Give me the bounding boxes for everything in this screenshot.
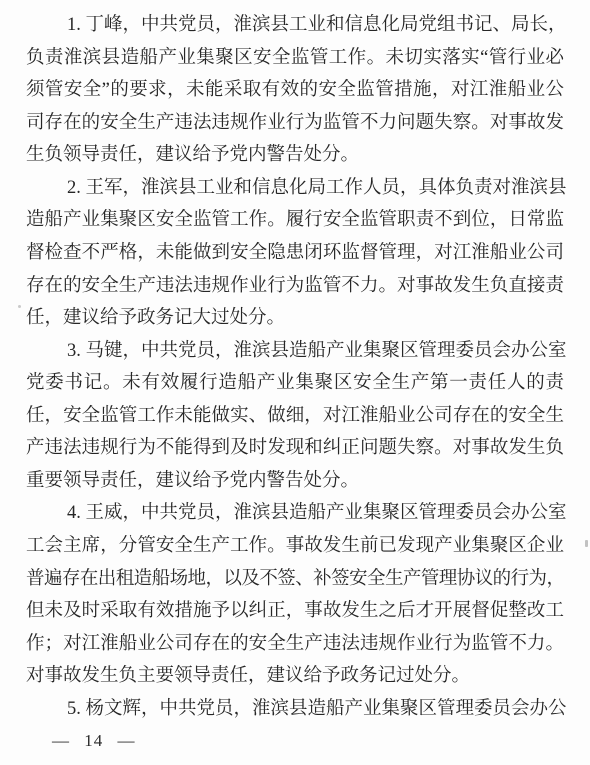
text-line: 产违法违规行为不能得到及时发现和纠正问题失察。对事故发生负 <box>26 432 564 465</box>
text-line: 作；对江淮船业公司存在的安全生产违法违规作业行为监管不力。 <box>26 628 564 661</box>
text-line: 任，建议给予政务记大过处分。 <box>26 302 564 335</box>
text-line: 5. 杨文辉，中共党员，淮滨县造船产业集聚区管理委员会办公 <box>26 693 564 726</box>
text-line: 3. 马键，中共党员，淮滨县造船产业集聚区管理委员会办公室 <box>26 335 564 368</box>
text-line: 督检查不严格，未能做到安全隐患闭环监督管理，对江淮船业公司 <box>26 237 564 270</box>
text-line: 4. 王威，中共党员，淮滨县造船产业集聚区管理委员会办公室 <box>26 497 564 530</box>
text-line: 负责淮滨县造船产业集聚区安全监管工作。未切实落实“管行业必 <box>26 42 564 75</box>
text-line: 生负领导责任，建议给予党内警告处分。 <box>26 139 564 172</box>
document-text: 1. 丁峰，中共党员，淮滨县工业和信息化局党组书记、局长，负责淮滨县造船产业集聚… <box>26 9 564 725</box>
text-line: 造船产业集聚区安全监管工作。履行安全监管职责不到位，日常监 <box>26 204 564 237</box>
paragraph-3: 3. 马键，中共党员，淮滨县造船产业集聚区管理委员会办公室党委书记。未有效履行造… <box>26 335 564 498</box>
document-page: 1. 丁峰，中共党员，淮滨县工业和信息化局党组书记、局长，负责淮滨县造船产业集聚… <box>0 0 590 765</box>
text-line: 须管安全”的要求，未能采取有效的安全监管措施，对江淮船业公 <box>26 74 564 107</box>
text-line: 2. 王军，淮滨县工业和信息化局工作人员，具体负责对淮滨县 <box>26 172 564 205</box>
paragraph-1: 1. 丁峰，中共党员，淮滨县工业和信息化局党组书记、局长，负责淮滨县造船产业集聚… <box>26 9 564 172</box>
scan-artifact <box>18 305 21 308</box>
text-line: 但未及时采取有效措施予以纠正，事故发生之后才开展督促整改工 <box>26 595 564 628</box>
text-line: 1. 丁峰，中共党员，淮滨县工业和信息化局党组书记、局长， <box>26 9 564 42</box>
text-line: 对事故发生负主要领导责任，建议给予政务记过处分。 <box>26 660 564 693</box>
paragraph-5: 5. 杨文辉，中共党员，淮滨县造船产业集聚区管理委员会办公 <box>26 693 564 726</box>
text-line: 工会主席，分管安全生产工作。事故发生前已发现产业集聚区企业 <box>26 530 564 563</box>
page-number: — 14 — <box>52 731 136 750</box>
text-line: 存在的安全生产违法违规作业行为监管不力。对事故发生负直接责 <box>26 270 564 303</box>
text-line: 普遍存在出租造船场地，以及不签、补签安全生产管理协议的行为， <box>26 563 564 596</box>
paragraph-2: 2. 王军，淮滨县工业和信息化局工作人员，具体负责对淮滨县造船产业集聚区安全监管… <box>26 172 564 335</box>
text-line: 任，安全监管工作未能做实、做细，对江淮船业公司存在的安全生 <box>26 400 564 433</box>
scan-artifact <box>585 540 588 547</box>
page-footer: — 14 — <box>52 730 136 752</box>
text-line: 党委书记。未有效履行造船产业集聚区安全生产第一责任人的责 <box>26 367 564 400</box>
text-line: 司存在的安全生产违法违规作业行为监管不力问题失察。对事故发 <box>26 107 564 140</box>
paragraph-4: 4. 王威，中共党员，淮滨县造船产业集聚区管理委员会办公室工会主席，分管安全生产… <box>26 497 564 692</box>
text-line: 重要领导责任，建议给予党内警告处分。 <box>26 465 564 498</box>
